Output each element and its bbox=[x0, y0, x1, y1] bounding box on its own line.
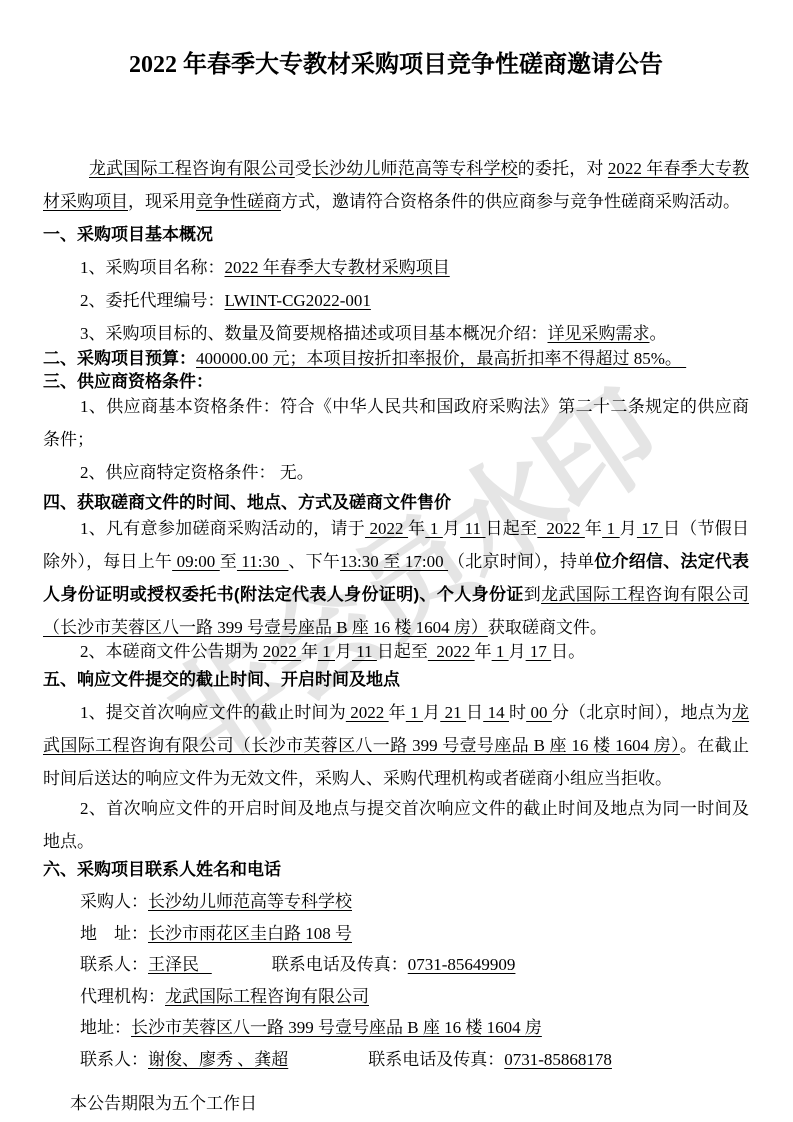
contact-agency-address: 地址：长沙市芙蓉区八一路 399 号壹号座品 B 座 16 楼 1604 房 bbox=[43, 1012, 749, 1044]
text-run: ，现采用 bbox=[128, 192, 196, 211]
text-run: 00 bbox=[526, 703, 552, 722]
text-run: 21 bbox=[440, 703, 466, 722]
text-run: 11:30 bbox=[237, 552, 288, 571]
section-5-item-1: 1、提交首次响应文件的截止时间为 2022 年 1 月 21 日 14 时 00… bbox=[43, 696, 749, 795]
text-run: 1、提交首次响应文件的截止时间为 bbox=[80, 703, 346, 722]
text-run: （北京时间），持单 bbox=[448, 552, 594, 571]
text-run: 2022 bbox=[346, 703, 389, 722]
text-run: 2022 bbox=[537, 519, 585, 538]
text-run: 0731-85649909 bbox=[408, 955, 516, 974]
text-run: 至 bbox=[220, 552, 237, 571]
text-run: 到 bbox=[524, 585, 541, 604]
text-run: 地 址： bbox=[80, 924, 148, 943]
text-run: 3、采购项目标的、数量及简要规格描述或项目基本概况介绍： bbox=[80, 324, 548, 343]
text-run: 1、采购项目名称： bbox=[80, 258, 225, 277]
announcement-period-note: 本公告期限为五个工作日 bbox=[43, 1087, 749, 1120]
text-run: 四、获取磋商文件的时间、地点、方式及磋商文件售价 bbox=[43, 493, 451, 512]
text-run: 的委托，对 bbox=[518, 159, 608, 178]
tab-gap bbox=[212, 969, 272, 970]
text-run: 详见采购需求 bbox=[548, 324, 650, 343]
document-content: 2022 年春季大专教材采购项目竞争性磋商邀请公告 龙武国际工程咨询有限公司受长… bbox=[43, 45, 749, 1120]
text-run: 月 bbox=[443, 519, 460, 538]
text-run: 17 bbox=[526, 642, 552, 661]
text-run: LWINT-CG2022-001 bbox=[225, 291, 371, 310]
section-3-item-1: 1、供应商基本资格条件：符合《中华人民共和国政府采购法》第二十二条规定的供应商条… bbox=[43, 390, 749, 456]
section-6-heading: 六、采购项目联系人姓名和电话 bbox=[43, 853, 749, 886]
section-1-heading: 一、采购项目基本概况 bbox=[43, 218, 749, 251]
text-run: 分（北京时间），地点为 bbox=[552, 703, 732, 722]
intro-paragraph: 龙武国际工程咨询有限公司受长沙幼儿师范高等专科学校的委托，对 2022 年春季大… bbox=[43, 152, 749, 218]
text-run: 1、凡有意参加磋商采购活动的，请于 bbox=[80, 519, 365, 538]
text-run: 联系电话及传真： bbox=[272, 955, 408, 974]
text-run: 年 bbox=[301, 642, 318, 661]
section-3-item-2: 2、供应商特定资格条件： 无。 bbox=[43, 456, 749, 489]
text-run: 时 bbox=[509, 703, 526, 722]
document-body: 龙武国际工程咨询有限公司受长沙幼儿师范高等专科学校的委托，对 2022 年春季大… bbox=[43, 152, 749, 1120]
text-run: 1 bbox=[602, 519, 620, 538]
text-run: 长沙幼儿师范高等专科学校 bbox=[312, 159, 518, 178]
text-run: 1 bbox=[425, 519, 443, 538]
text-run: 一、采购项目基本概况 bbox=[43, 225, 213, 244]
contact-buyer: 采购人：长沙幼儿师范高等专科学校 bbox=[43, 886, 749, 918]
section-1-item-2: 2、委托代理编号：LWINT-CG2022-001 bbox=[43, 284, 749, 317]
text-run: 1 bbox=[492, 642, 509, 661]
text-run: 代理机构： bbox=[80, 987, 165, 1006]
contact-buyer-address: 地 址：长沙市雨花区圭白路 108 号 bbox=[43, 918, 749, 950]
text-run: 方式，邀请符合资格条件的供应商参与竞争性磋商采购活动。 bbox=[281, 192, 740, 211]
text-run: 月 bbox=[620, 519, 637, 538]
text-run: 14 bbox=[483, 703, 509, 722]
document-title: 2022 年春季大专教材采购项目竞争性磋商邀请公告 bbox=[43, 45, 749, 85]
text-run: 日起至 bbox=[377, 642, 428, 661]
text-run: 联系人： bbox=[80, 1050, 148, 1069]
text-run: 400000.00 元；本项目按折扣率报价，最高折扣率不得超过 85%。 bbox=[196, 349, 686, 368]
text-run: 六、采购项目联系人姓名和电话 bbox=[43, 860, 281, 879]
text-run: 日。 bbox=[551, 642, 585, 661]
document-page: 非会员水印 2022 年春季大专教材采购项目竞争性磋商邀请公告 龙武国际工程咨询… bbox=[0, 0, 793, 1122]
text-run: 受 bbox=[295, 159, 312, 178]
text-run: 竞争性磋商 bbox=[196, 192, 281, 211]
text-run: 09:00 bbox=[172, 552, 220, 571]
text-run: 年 bbox=[585, 519, 602, 538]
text-run: 2、本磋商文件公告期为 bbox=[80, 642, 259, 661]
text-run: 联系电话及传真： bbox=[368, 1050, 504, 1069]
text-run: 年 bbox=[389, 703, 406, 722]
text-run: 长沙市芙蓉区八一路 399 号壹号座品 B 座 16 楼 1604 房 bbox=[131, 1018, 542, 1037]
text-run: 龙武国际工程咨询有限公司 bbox=[165, 987, 369, 1006]
text-run: 长沙幼儿师范高等专科学校 bbox=[148, 892, 352, 911]
text-run: 五、响应文件提交的截止时间、开启时间及地点 bbox=[43, 670, 400, 689]
text-run: 长沙市雨花区圭白路 108 号 bbox=[148, 924, 352, 943]
text-run: 谢俊、廖秀 、龚超 bbox=[148, 1050, 288, 1069]
text-run: 2022 bbox=[259, 642, 302, 661]
tab-gap bbox=[288, 1064, 368, 1065]
section-4-item-1: 1、凡有意参加磋商采购活动的，请于 2022 年 1 月 11 日起至 2022… bbox=[43, 512, 749, 644]
text-run: 2022 bbox=[428, 642, 475, 661]
text-run: 11 bbox=[352, 642, 377, 661]
text-run: 地址： bbox=[80, 1018, 131, 1037]
contact-agency-person: 联系人：谢俊、廖秀 、龚超联系电话及传真：0731-85868178 bbox=[43, 1044, 749, 1076]
text-run: 本公告期限为五个工作日 bbox=[70, 1094, 257, 1113]
text-run: 月 bbox=[335, 642, 352, 661]
text-run: 日 bbox=[466, 703, 483, 722]
text-run: 1、供应商基本资格条件：符合《中华人民共和国政府采购法》第二十二条规定的供应商条… bbox=[43, 397, 749, 449]
text-run: 日起至 bbox=[486, 519, 538, 538]
contact-agency: 代理机构：龙武国际工程咨询有限公司 bbox=[43, 981, 749, 1013]
text-run: 。 bbox=[650, 324, 667, 343]
text-run: 月 bbox=[423, 703, 440, 722]
text-run: 1 bbox=[406, 703, 423, 722]
text-run: 2022 年春季大专教材采购项目 bbox=[225, 258, 450, 277]
text-run: 联系人： bbox=[80, 955, 148, 974]
section-5-item-2: 2、首次响应文件的开启时间及地点与提交首次响应文件的截止时间及地点为同一时间及地… bbox=[43, 792, 749, 858]
text-run: 年 bbox=[408, 519, 425, 538]
text-run: 月 bbox=[509, 642, 526, 661]
text-run: 2022 bbox=[365, 519, 408, 538]
text-run: 11 bbox=[460, 519, 485, 538]
text-run: 2、首次响应文件的开启时间及地点与提交首次响应文件的截止时间及地点为同一时间及地… bbox=[43, 799, 749, 851]
text-run: 0731-85868178 bbox=[504, 1050, 612, 1069]
text-run: 17 bbox=[637, 519, 663, 538]
text-run: 龙武国际工程咨询有限公司 bbox=[89, 159, 295, 178]
text-run: 王泽民 bbox=[148, 955, 212, 974]
text-run: 2、委托代理编号： bbox=[80, 291, 225, 310]
text-run: 三、供应商资格条件： bbox=[43, 372, 213, 391]
text-run: 年 bbox=[475, 642, 492, 661]
section-5-heading: 五、响应文件提交的截止时间、开启时间及地点 bbox=[43, 663, 749, 696]
text-run: 1 bbox=[318, 642, 335, 661]
section-1-item-1: 1、采购项目名称：2022 年春季大专教材采购项目 bbox=[43, 251, 749, 284]
text-run: 13:30 至 17:00 bbox=[340, 552, 448, 571]
text-run: 、下午 bbox=[288, 552, 340, 571]
contact-buyer-person: 联系人：王泽民 联系电话及传真：0731-85649909 bbox=[43, 949, 749, 981]
text-run: 2、供应商特定资格条件： 无。 bbox=[80, 463, 314, 482]
text-run: 采购人： bbox=[80, 892, 148, 911]
